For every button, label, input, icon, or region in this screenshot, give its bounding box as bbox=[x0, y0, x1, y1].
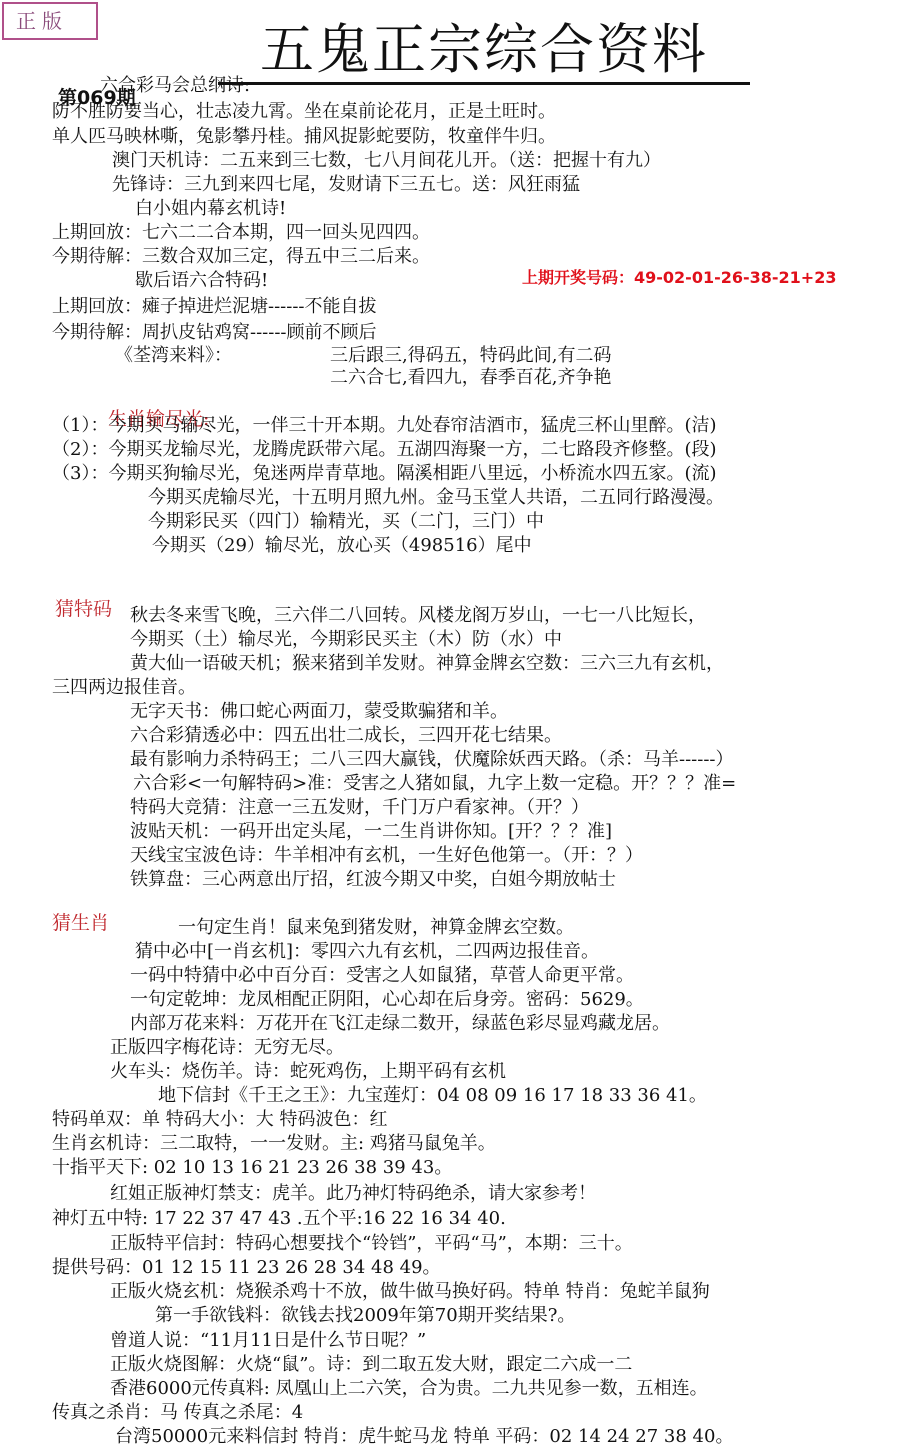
text-line: 提供号码：01 12 15 11 23 26 28 34 48 49。 bbox=[52, 1256, 441, 1280]
text-line: 今期待解：三数合双加三定，得五中三二后来。 bbox=[52, 245, 430, 269]
text-line: 今期买（29）输尽光，放心买（498516）尾中 bbox=[152, 534, 532, 558]
text-line: 特码大竞猜：注意一三五发财，千门万户看家神。（开？） bbox=[130, 796, 589, 820]
text-line: 秋去冬来雪飞晚，三六伴二八回转。风楼龙阁万岁山，一七一八比短长， bbox=[130, 604, 706, 628]
text-line: 猜中必中[一肖玄机]：零四六九有玄机，二四两边报佳音。 bbox=[135, 940, 599, 964]
heading-guess-zodiac: 猜生肖 bbox=[52, 908, 109, 935]
text-line: 波贴天机：一码开出定头尾，一二生肖讲你知。[开？？？准] bbox=[130, 820, 612, 844]
text-line: （2）：今期买龙输尽光，龙腾虎跃带六尾。五湖四海聚一方，二七路段齐修整。(段) bbox=[52, 438, 717, 462]
text-line: 单人匹马映林嘶，兔影攀丹桂。捕风捉影蛇要防，牧童伴牛归。 bbox=[52, 125, 556, 149]
text-line: 二六合七,看四九，春季百花,齐争艳 bbox=[330, 366, 611, 390]
text-line: 无字天书：佛口蛇心两面刀，蒙受欺骗猪和羊。 bbox=[130, 700, 508, 724]
text-line: 一句定生肖！鼠来兔到猪发财，神算金牌玄空数。 bbox=[178, 916, 574, 940]
text-line: 地下信封《千王之王》：九宝莲灯：04 08 09 16 17 18 33 36 … bbox=[158, 1084, 707, 1108]
text-line: 今期彩民买（四门）输精光，买（二门，三门）中 bbox=[148, 510, 544, 534]
text-line: 上期回放：七六二二合本期，四一回头见四四。 bbox=[52, 221, 430, 245]
page-title: 五鬼正宗综合资料 bbox=[218, 18, 750, 85]
text-line: 今期买虎输尽光，十五明月照九州。金马玉堂人共语，二五同行路漫漫。 bbox=[148, 486, 724, 510]
text-line: 白小姐内幕玄机诗! bbox=[135, 197, 286, 221]
text-line: 十指平天下: 02 10 13 16 21 23 26 38 39 43。 bbox=[52, 1156, 452, 1180]
text-line: 第一手欲钱料：欲钱去找2009年第70期开奖结果?。 bbox=[155, 1304, 575, 1328]
text-line: 防不胜防要当心，壮志凌九霄。坐在桌前论花月，正是土旺时。 bbox=[52, 100, 556, 124]
text-line: 歇后语六合特码! bbox=[135, 269, 268, 293]
text-line: 火车头：烧伤羊。诗：蛇死鸡伤，上期平码有玄机 bbox=[110, 1060, 506, 1084]
text-line: 三四两边报佳音。 bbox=[52, 676, 196, 700]
text-line: 生肖玄机诗：三二取特，一一发财。主: 鸡猪马鼠兔羊。 bbox=[52, 1132, 496, 1156]
text-line: 正版火烧玄机：烧猴杀鸡十不放，做牛做马换好码。特单 特肖：兔蛇羊鼠狗 bbox=[110, 1280, 710, 1304]
text-line: 六合彩猜透必中：四五出壮二成长，三四开花七结果。 bbox=[130, 724, 562, 748]
text-line: 正版特平信封：特码心想要找个“铃铛”，平码“马”，本期：三十。 bbox=[110, 1232, 633, 1256]
text-line: 《荃湾来料》： bbox=[115, 344, 232, 368]
text-line: 铁算盘：三心两意出厅招，红波今期又中奖，白姐今期放帖士 bbox=[130, 868, 616, 892]
text-line: 最有影响力杀特码王；二八三四大赢钱，伏魔除妖西天路。（杀：马羊------） bbox=[130, 748, 734, 772]
authentic-badge: 正版 bbox=[2, 2, 98, 40]
text-line: 今期买（土）输尽光，今期彩民买主（木）防（水）中 bbox=[130, 628, 562, 652]
text-line: （1）：今期买马输尽光，一伴三十开本期。九处春帘洁酒市，猛虎三杯山里醉。(洁) bbox=[52, 414, 717, 438]
text-line: 上期回放：瘫子掉进烂泥塘------不能自拔 bbox=[52, 295, 377, 319]
text-line: 三后跟三,得码五，特码此间,有二码 bbox=[330, 344, 611, 368]
text-line: 黄大仙一语破天机；猴来猪到羊发财。神算金牌玄空数：三六三九有玄机， bbox=[130, 652, 724, 676]
text-line: 先锋诗：三九到来四七尾，发财请下三五七。送：风狂雨猛 bbox=[112, 173, 580, 197]
text-line: 香港6000元传真料: 凤凰山上二六笑，合为贵。二九共见参一数，五相连。 bbox=[110, 1377, 708, 1401]
text-line: 六合彩马会总纲诗: bbox=[100, 74, 250, 98]
text-line: 传真之杀肖：马 传真之杀尾：4 bbox=[52, 1401, 303, 1425]
text-line: 内部万花来料：万花开在飞江走绿二数开，绿蓝色彩尽显鸡藏龙居。 bbox=[130, 1012, 670, 1036]
text-line: 红姐正版神灯禁支：虎羊。此乃神灯特码绝杀，请大家参考！ bbox=[110, 1182, 596, 1206]
text-line: 正版四字梅花诗：无穷无尽。 bbox=[110, 1036, 344, 1060]
text-line: 台湾50000元来料信封 特肖：虎牛蛇马龙 特单 平码：02 14 24 27 … bbox=[115, 1425, 733, 1448]
heading-guess-special: 猜特码 bbox=[55, 594, 112, 621]
text-line: 天线宝宝波色诗：牛羊相冲有玄机，一生好色他第一。（开：？） bbox=[130, 844, 643, 868]
text-line: 曾道人说：“11月11日是什么节日呢？” bbox=[110, 1329, 426, 1353]
text-line: 一句定乾坤：龙凤相配正阴阳，心心却在后身旁。密码：5629。 bbox=[130, 988, 644, 1012]
text-line: 神灯五中特: 17 22 37 47 43 .五个平:16 22 16 34 4… bbox=[52, 1207, 506, 1231]
text-line: 今期待解：周扒皮钻鸡窝------顾前不顾后 bbox=[52, 321, 377, 345]
text-line: 特码单双：单 特码大小：大 特码波色：红 bbox=[52, 1108, 387, 1132]
text-line: 六合彩<一句解特码>准：受害之人猪如鼠，九字上数一定稳。开？？？准= bbox=[133, 772, 736, 796]
text-line: （3）：今期买狗输尽光，兔迷两岸青草地。隔溪相距八里远，小桥流水四五家。(流) bbox=[52, 462, 717, 486]
text-line: 澳门天机诗：二五来到三七数，七八月间花儿开。（送：把握十有九） bbox=[112, 149, 661, 173]
text-line: 正版火烧图解：火烧“鼠”。诗：到二取五发大财，跟定二六成一二 bbox=[110, 1353, 632, 1377]
last-draw-numbers: 上期开奖号码：49-02-01-26-38-21+23 bbox=[522, 265, 836, 288]
text-line: 一码中特猜中必中百分百：受害之人如鼠猪，草菅人命更平常。 bbox=[130, 964, 634, 988]
